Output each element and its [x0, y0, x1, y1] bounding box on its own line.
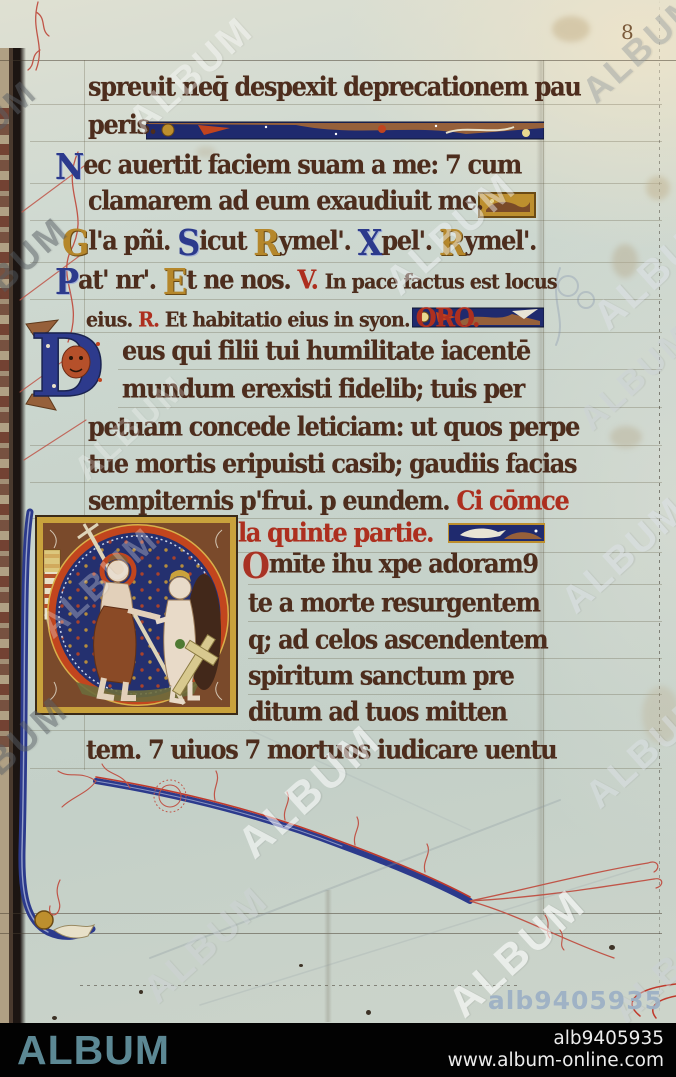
gold-initial: R: [253, 222, 279, 264]
text-line-19: tem. 7 uiuos 7 mortuos iudicare uentu: [86, 733, 556, 765]
footer-image-id: alb9405935: [448, 1028, 664, 1050]
latin-text: mīte ihu xpe adoram9: [269, 547, 538, 579]
latin-text: ymel'.: [464, 224, 536, 256]
rubric: la quinte partie.: [238, 516, 433, 548]
line-filler-bar-hound: [448, 523, 545, 543]
pen-initial: P: [55, 261, 78, 303]
gold-initial: G: [62, 222, 88, 264]
folio-number: 8: [621, 20, 634, 44]
text-line-3: Nec auertit faciem suam a me: 7 cum: [55, 146, 521, 188]
text-line-15: te a morte resurgentem: [248, 586, 540, 618]
line-filler-bar-dragon: [146, 121, 544, 140]
latin-text: tue mortis eripuisti casib; gaudiis faci…: [88, 447, 576, 479]
latin-text: ditum ad tuos mitten: [248, 695, 507, 727]
gold-initial: E: [163, 261, 186, 303]
text-line-2: peris.: [88, 108, 156, 140]
latin-text: tem. 7 uiuos 7 mortuos iudicare uentu: [86, 733, 556, 765]
gold-initial: R: [439, 222, 465, 264]
text-line-18: ditum ad tuos mitten: [248, 695, 507, 727]
text-line-10: petuam concede leticiam: ut quos perpe: [88, 410, 579, 442]
latin-text: q; ad celos ascendentem: [248, 623, 547, 655]
versicle-mark: V.: [297, 263, 324, 295]
latin-text: eius.: [86, 308, 138, 332]
album-logo: ALBUM: [17, 1027, 170, 1074]
text-line-7: eius. R. Et habitatio eius in syon. ORO.: [86, 301, 479, 333]
album-footer-bar: ALBUM alb9405935 www.album-online.com: [0, 1023, 676, 1077]
latin-text: peris.: [88, 108, 156, 140]
latin-text: Et habitatio eius in syon.: [165, 308, 416, 332]
latin-text: petuam concede leticiam: ut quos perpe: [88, 410, 579, 442]
parchment-page: D: [0, 0, 676, 1023]
text-line-6: Pat' nr'. Et ne nos. V. In pace factus e…: [55, 261, 557, 303]
text-line-9: mundum erexisti fidelib; tuis per: [122, 372, 524, 404]
latin-text: spiritum sanctum pre: [248, 659, 514, 691]
pen-initial: X: [358, 222, 382, 264]
text-line-4: clamarem ad eum exaudiuit me.: [88, 184, 483, 216]
text-line-16: q; ad celos ascendentem: [248, 623, 547, 655]
pen-initial: S: [177, 222, 199, 264]
text-line-1: spreuit neq̄ despexit deprecationem pau: [88, 70, 581, 102]
response-mark: R.: [138, 308, 165, 332]
pen-initial: N: [55, 146, 83, 188]
text-line-13-rubric: la quinte partie.: [238, 516, 433, 548]
footer-credit: alb9405935 www.album-online.com: [448, 1028, 664, 1072]
text-line-11: tue mortis eripuisti casib; gaudiis faci…: [88, 447, 576, 479]
latin-text: In pace factus est locus: [325, 270, 557, 294]
latin-text: l'a pñi.: [88, 224, 177, 256]
red-initial: O: [242, 545, 269, 587]
text-line-8: eus qui filii tui humilitate iacentē: [122, 334, 530, 366]
text-line-5: Gl'a pñi. Sicut Rymel'. Xpel'. Rymel'.: [62, 222, 536, 264]
latin-text: te a morte resurgentem: [248, 586, 540, 618]
latin-text: t ne nos.: [186, 263, 297, 295]
rubric: Ci cōmce: [456, 484, 568, 516]
stock-image-id-overlay: alb9405935: [488, 986, 663, 1015]
line-filler-gold-panel: [478, 192, 536, 218]
latin-text: ec auertit faciem suam a me: 7 cum: [83, 148, 521, 180]
footer-website: www.album-online.com: [448, 1050, 664, 1072]
text-line-17: spiritum sanctum pre: [248, 659, 514, 691]
latin-text: clamarem ad eum exaudiuit me.: [88, 184, 483, 216]
latin-text: ymel'.: [279, 224, 358, 256]
latin-text: at' nr'.: [78, 263, 163, 295]
latin-text: sempiternis p'frui. p eundem.: [88, 484, 456, 516]
rubric: ORO.: [416, 301, 480, 333]
latin-text: icut: [199, 224, 253, 256]
latin-text: mundum erexisti fidelib; tuis per: [122, 372, 524, 404]
text-line-12: sempiternis p'frui. p eundem. Ci cōmce: [88, 484, 568, 516]
latin-text: pel'.: [381, 224, 438, 256]
latin-text: spreuit neq̄ despexit deprecationem pau: [88, 70, 581, 102]
historiated-initial-miniature: [34, 514, 239, 716]
text-line-14: Omīte ihu xpe adoram9: [242, 545, 538, 587]
stock-photo-manuscript-page: D: [0, 0, 676, 1077]
latin-text: eus qui filii tui humilitate iacentē: [122, 334, 530, 366]
